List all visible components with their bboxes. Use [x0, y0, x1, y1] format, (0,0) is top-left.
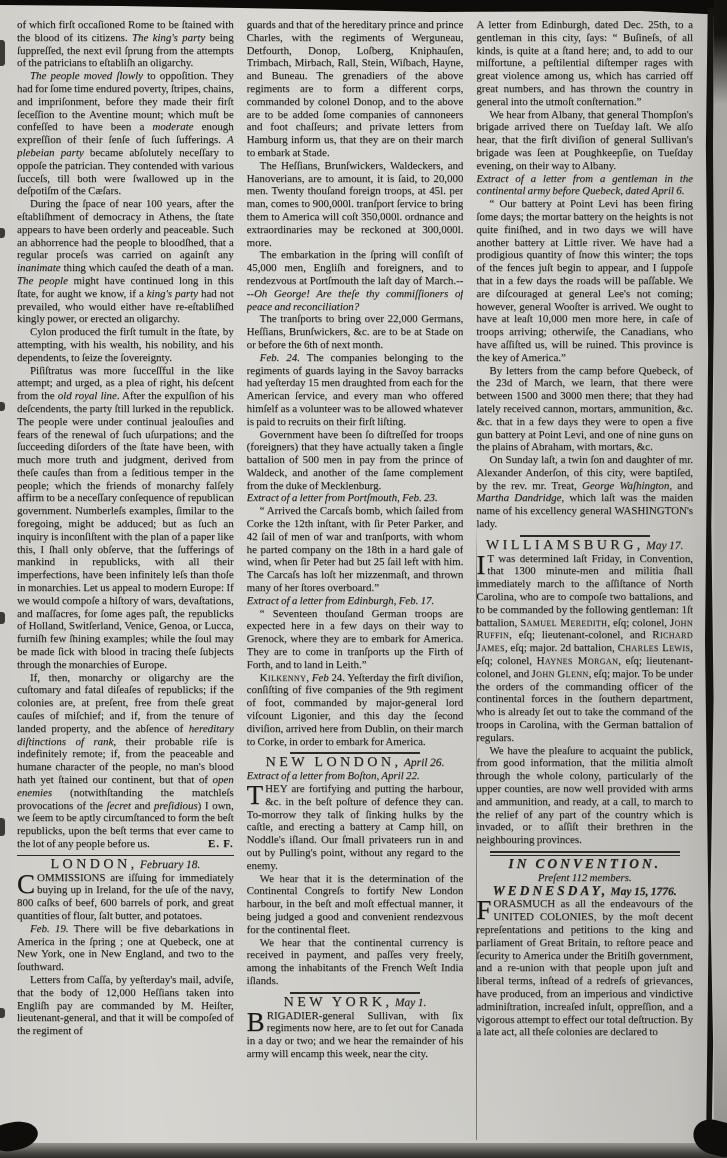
drop-cap: C	[17, 872, 37, 896]
paragraph: guards and that of the hereditary prince…	[247, 19, 464, 160]
section-title: WILLIAMSBURG,	[486, 538, 644, 553]
paragraph: Letters from Caſſa, by yeſterday's mail,…	[17, 974, 234, 1038]
left-edge-mark	[0, 818, 5, 836]
right-page-fold-shadow	[705, 8, 714, 1158]
section-rule	[17, 855, 234, 856]
section-rule	[290, 752, 420, 754]
section-date: April 26.	[404, 757, 445, 769]
paragraph: Feb. 24. The companies belonging to the …	[247, 352, 464, 429]
section-date: May 1.	[395, 997, 427, 1009]
extract-line: Extract of a letter from Portſmouth, Feb…	[247, 492, 464, 505]
left-edge-mark	[0, 40, 5, 66]
paragraph: The people moved ſlowly to oppoſition. T…	[17, 70, 234, 198]
paragraph: We hear that it is the determination of …	[247, 873, 464, 937]
section-header: WILLIAMSBURG, May 17.	[476, 540, 693, 553]
paragraph: The embarkation in the ſpring will conſi…	[247, 249, 464, 313]
section-date: February 18.	[140, 859, 200, 871]
section-date: May 17.	[646, 540, 683, 552]
paragraph: “ Arrived the Carcaſs bomb, which ſailed…	[247, 505, 464, 595]
paragraph: If, then, monarchy or oligarchy are the …	[17, 672, 234, 851]
section-title: IN CONVENTION.	[508, 856, 661, 871]
column-1: of which firſt occaſioned Rome to be ſta…	[17, 19, 234, 1135]
paragraph: Piſiſtratus was more ſucceſſful in the l…	[17, 365, 234, 672]
paragraph: IT was determined laſt Friday, in Conven…	[476, 553, 693, 745]
paragraph: “ Seventeen thouſand German troops are e…	[247, 608, 464, 672]
section-title: NEW YORK,	[284, 995, 393, 1010]
paragraph: Government have been ſo diſtreſſed for t…	[247, 429, 464, 493]
section-title: LONDON,	[50, 857, 137, 872]
drop-cap: I	[476, 553, 487, 577]
section-date: May 15, 1776.	[610, 886, 676, 898]
section-title: NEW LONDON,	[266, 755, 402, 770]
section-header: NEW YORK, May 1.	[247, 997, 464, 1010]
paragraph: FORASMUCH as all the endeavours of the U…	[476, 898, 693, 1039]
paragraph: COMMISSIONS are iſſuing for immediately …	[17, 872, 234, 923]
section-header: WEDNESDAY, May 15, 1776.	[476, 885, 693, 899]
left-edge-mark	[0, 228, 5, 238]
bottom-edge-shadow	[0, 1143, 727, 1158]
section-rule	[290, 992, 420, 994]
paragraph: of which firſt occaſioned Rome to be ſta…	[17, 19, 234, 70]
text-columns: of which firſt occaſioned Rome to be ſta…	[17, 19, 693, 1135]
paragraph: We hear that the continental currency is…	[247, 937, 464, 988]
right-edge-margin	[714, 0, 727, 1158]
drop-cap: B	[247, 1010, 267, 1034]
paragraph: Kilkenny, Feb 24. Yeſterday the firſt di…	[247, 672, 464, 749]
left-edge-mark	[0, 1008, 5, 1018]
column-3: A letter from Edinburgh, dated Dec. 25th…	[476, 19, 693, 1135]
paragraph: We have the pleaſure to acquaint the pub…	[476, 745, 693, 847]
section-header: NEW LONDON, April 26.	[247, 757, 464, 770]
signature: E. F.	[195, 838, 234, 851]
section-header: LONDON, February 18.	[17, 859, 234, 872]
paragraph: Feb. 19. There will be five debarkations…	[17, 923, 234, 974]
extract-line: Extract of a letter from a gentleman in …	[476, 173, 693, 199]
newspaper-page-scan: of which firſt occaſioned Rome to be ſta…	[0, 0, 727, 1158]
paragraph: Cylon produced the firſt tumult in the ſ…	[17, 326, 234, 364]
paragraph: The tranſports to bring over 22,000 Germ…	[247, 313, 464, 351]
left-edge-mark	[0, 402, 5, 411]
paragraph: We hear from Albany, that general Thompſ…	[476, 109, 693, 173]
paragraph: During the ſpace of near 100 years, afte…	[17, 198, 234, 326]
paragraph: The Heſſians, Brunſwickers, Waldeckers, …	[247, 160, 464, 250]
paragraph: On Sunday laſt, a twin ſon and daughter …	[476, 454, 693, 531]
extract-line: Extract of a letter from Edinburgh, Feb.…	[247, 595, 464, 608]
drop-cap: F	[476, 898, 493, 922]
section-title: WEDNESDAY,	[493, 883, 608, 898]
section-header: IN CONVENTION.	[476, 858, 693, 872]
section-rule	[520, 535, 650, 537]
drop-cap: T	[247, 783, 266, 807]
column-2: guards and that of the hereditary prince…	[247, 19, 464, 1135]
extract-line: Extract of a letter from Boſton, April 2…	[247, 770, 464, 783]
paragraph: By letters from the camp before Quebeck,…	[476, 365, 693, 455]
paragraph: “ Our battery at Point Levi has been fir…	[476, 198, 693, 364]
top-edge-shadow	[0, 0, 727, 15]
paragraph: THEY are fortifying and putting the harb…	[247, 783, 464, 873]
paragraph: BRIGADIER-general Sullivan, with ſix reg…	[247, 1010, 464, 1061]
left-edge-mark	[0, 612, 5, 624]
paragraph: A letter from Edinburgh, dated Dec. 25th…	[476, 19, 693, 109]
